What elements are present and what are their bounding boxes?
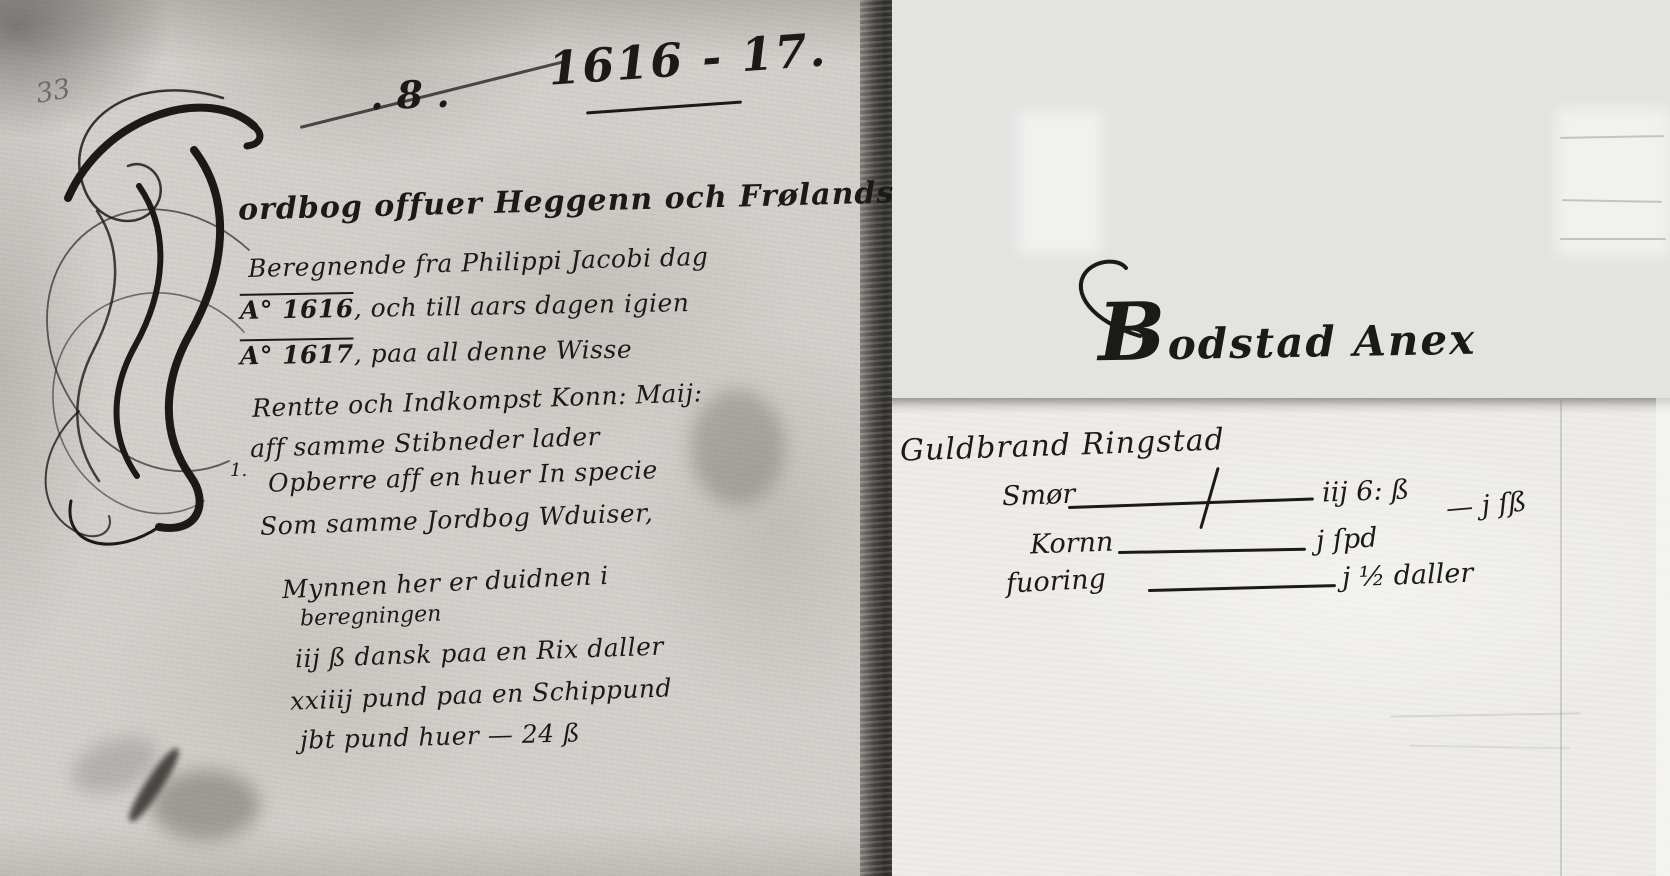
- page-number: . 8 .: [369, 71, 450, 119]
- year-1616: A° 1616: [240, 294, 354, 325]
- page-edge-shadow: [860, 0, 892, 876]
- entry-row-value: iij 6: ß: [1321, 474, 1409, 508]
- entry-row-label: Smør: [1001, 479, 1075, 513]
- entry-row-label: Kornn: [1029, 527, 1113, 561]
- paper-crease: [1560, 400, 1562, 876]
- body-line-2-rest: , och till aars dagen igien: [353, 288, 689, 323]
- ink-stain: [150, 770, 260, 840]
- paper-edge-highlight: [1656, 398, 1670, 876]
- manuscript-right-strip: [892, 398, 1670, 876]
- calligraphic-initial-flourish: [18, 80, 270, 572]
- year-1617: A° 1617: [240, 339, 354, 370]
- entry-row-label: fuoring: [1005, 563, 1106, 599]
- body-line-9: beregningen: [300, 602, 442, 632]
- light-patch: [1018, 112, 1102, 254]
- bleed-line: [1560, 238, 1666, 240]
- light-patch: [1556, 108, 1670, 256]
- body-line-3-rest: , paa all denne Wisse: [353, 335, 632, 369]
- entry-row-value: j ½ daller: [1341, 558, 1473, 594]
- section-title: Bodstad Anex: [1097, 279, 1477, 380]
- margin-mark: 1.: [230, 460, 247, 481]
- entry-row-value: j ſpd: [1315, 522, 1378, 556]
- ink-stain: [690, 390, 785, 505]
